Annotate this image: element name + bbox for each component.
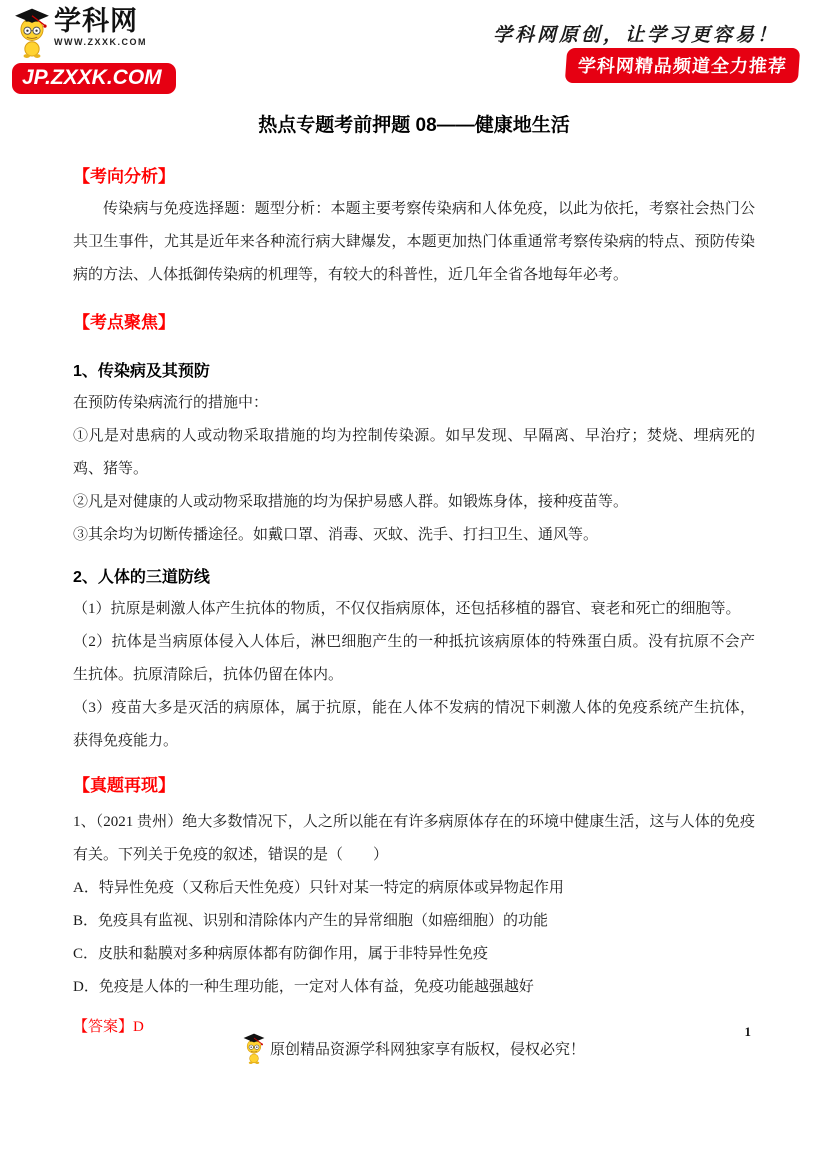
topic1-item-2: ②凡是对健康的人或动物采取措施的均为保护易感人群。如锻炼身体，接种疫苗等。 (73, 486, 755, 519)
promo-badge: 学科网精品频道全力推荐 (565, 48, 800, 83)
topic2-item-2: （2）抗体是当病原体侵入人体后，淋巴细胞产生的一种抵抗该病原体的特殊蛋白质。没有… (73, 626, 755, 692)
question-option-a: A．特异性免疫（又称后天性免疫）只针对某一特定的病原体或异物起作用 (73, 872, 755, 905)
question-stem: 1、（2021 贵州）绝大多数情况下，人之所以能在有许多病原体存在的环境中健康生… (73, 806, 755, 872)
page-number: 1 (745, 1024, 752, 1040)
topic1-intro: 在预防传染病流行的措施中： (73, 387, 755, 420)
question-option-b: B．免疫具有监视、识别和清除体内产生的异常细胞（如癌细胞）的功能 (73, 905, 755, 938)
section-questions-heading: 【真题再现】 (73, 771, 755, 796)
topic2-item-3: （3）疫苗大多是灭活的病原体，属于抗原，能在人体不发病的情况下刺激人体的免疫系统… (73, 692, 755, 758)
site-name: 学科网 (54, 6, 147, 36)
site-domain-badge: JP.ZXXK.COM (12, 63, 176, 94)
zxxk-mascot-icon (12, 6, 52, 58)
document-content: 热点专题考前押题 08——健康地生活 【考向分析】 传染病与免疫选择题：题型分析… (73, 96, 755, 1042)
topic1-item-1: ①凡是对患病的人或动物采取措施的均为控制传染源。如早发现、早隔离、早治疗；焚烧、… (73, 420, 755, 486)
zxxk-mascot-icon (242, 1032, 266, 1064)
section-focus-heading: 【考点聚焦】 (73, 308, 755, 333)
section-analysis-heading: 【考向分析】 (73, 162, 755, 187)
topic1-heading: 1、传染病及其预防 (73, 358, 755, 381)
site-url: WWW.ZXXK.COM (54, 37, 147, 47)
question-option-c: C．皮肤和黏膜对多种病原体都有防御作用，属于非特异性免疫 (73, 938, 755, 971)
site-logo: 学科网 WWW.ZXXK.COM JP.ZXXK.COM (12, 6, 176, 94)
page-title: 热点专题考前押题 08——健康地生活 (73, 110, 755, 137)
topic2-heading: 2、人体的三道防线 (73, 564, 755, 587)
question-option-d: D．免疫是人体的一种生理功能，一定对人体有益，免疫功能越强越好 (73, 971, 755, 1004)
header-slogan: 学科网原创，让学习更容易！ (493, 20, 779, 47)
copyright-text: 原创精品资源学科网独家享有版权，侵权必究！ (270, 1038, 585, 1059)
topic1-item-3: ③其余均为切断传播途径。如戴口罩、消毒、灭蚊、洗手、打扫卫生、通风等。 (73, 519, 755, 552)
page-header: 学科网 WWW.ZXXK.COM JP.ZXXK.COM 学科网原创，让学习更容… (0, 0, 827, 96)
page-footer: 原创精品资源学科网独家享有版权，侵权必究！ (0, 1032, 827, 1064)
document-page: 学科网 WWW.ZXXK.COM JP.ZXXK.COM 学科网原创，让学习更容… (0, 0, 827, 1169)
analysis-paragraph: 传染病与免疫选择题：题型分析：本题主要考察传染病和人体免疫，以此为依托，考察社会… (73, 193, 755, 292)
topic2-item-1: （1）抗原是刺激人体产生抗体的物质，不仅仅指病原体，还包括移植的器官、衰老和死亡… (73, 593, 755, 626)
